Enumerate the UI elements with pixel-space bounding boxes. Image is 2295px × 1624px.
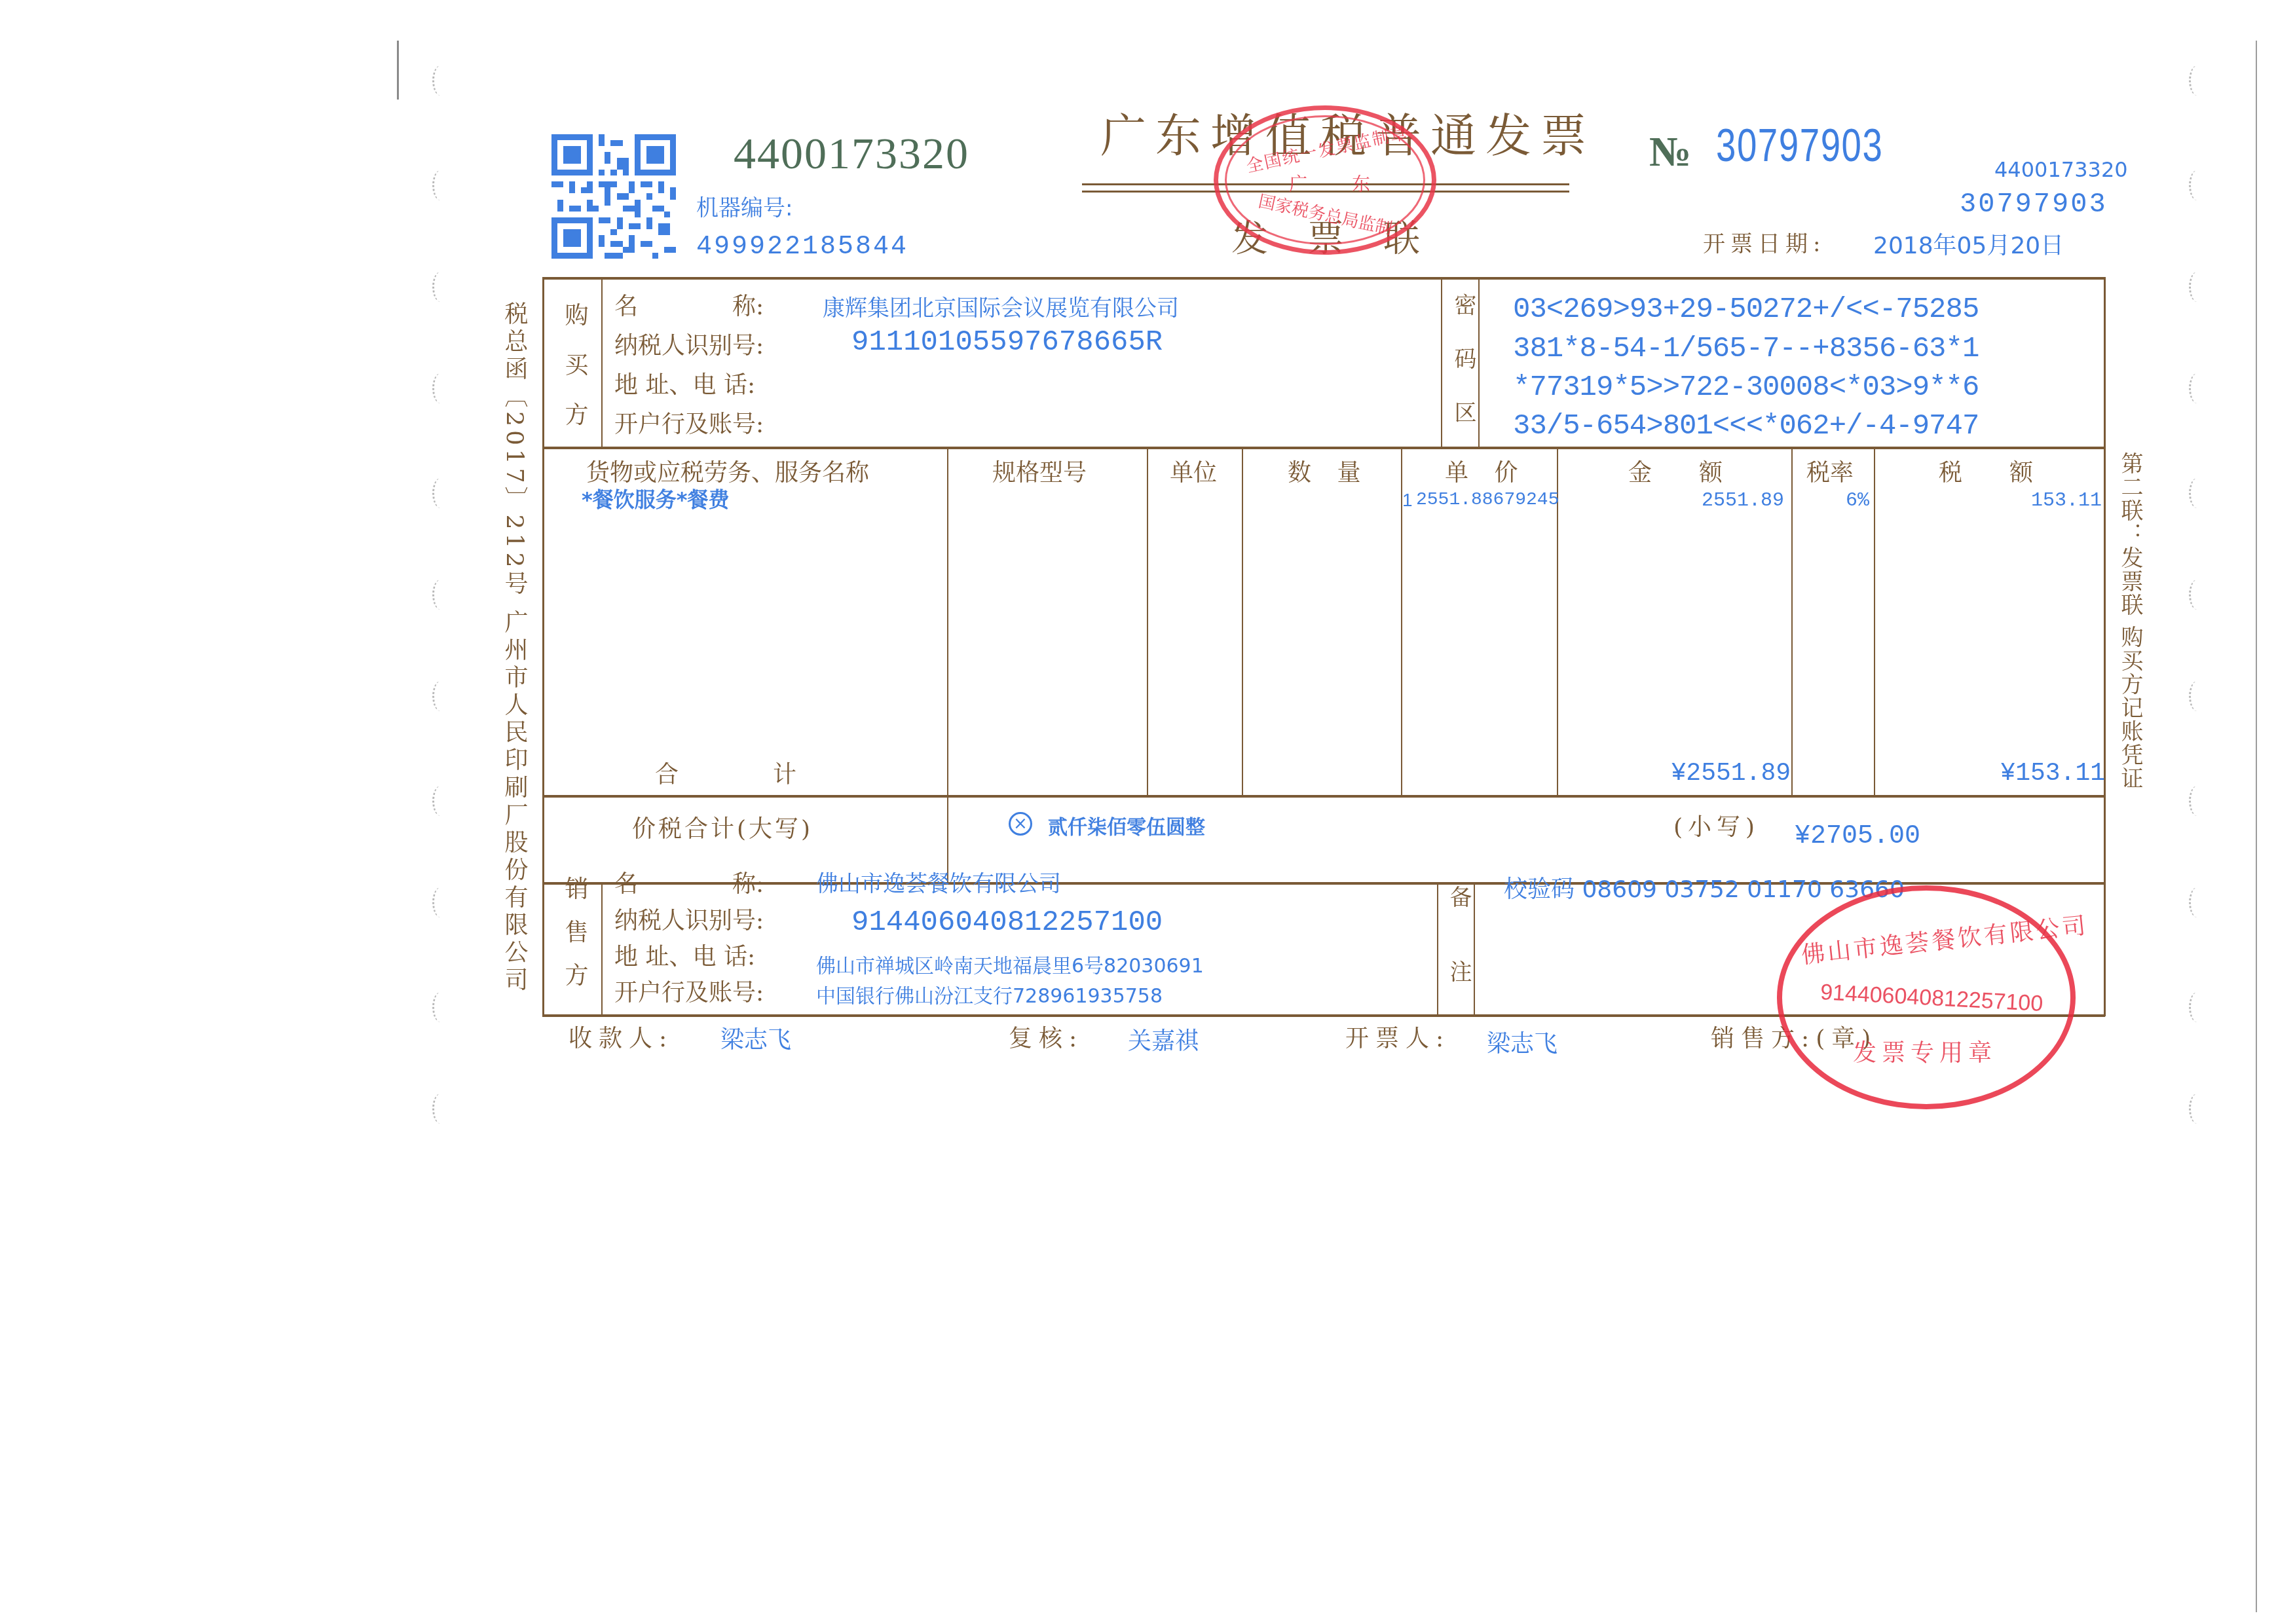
seller-seal-label: 销售方:(章) [1711,1020,1877,1054]
table-divider [601,277,603,448]
buyer-name-label: 名 称: [614,288,764,322]
perforation-mark [432,272,449,302]
perforation-mark [432,478,449,508]
perforation-mark [432,170,449,200]
col-header-price: 单 价 [1445,454,1527,488]
item-amount: 2551.89 [1702,490,1784,512]
invoice-number: 30797903 [1716,119,1883,172]
item-name: *餐饮服务*餐费 [582,483,729,513]
reviewer-name: 关嘉祺 [1128,1023,1199,1056]
grand-total-figures: ¥2705.00 [1795,822,1920,851]
circle-x-icon: × [1009,812,1032,836]
title-underline [1082,191,1569,193]
perforation-mark [432,887,449,917]
perforation-mark [2189,887,2205,917]
seller-section-label: 销售方 [558,876,591,1006]
seller-address: 佛山市禅城区岭南天地福晨里6号82030691 [816,950,1204,978]
grand-total-words: 贰仟柒佰零伍圆整 [1048,811,1205,840]
buyer-tax-id-label: 纳税人识别号: [614,327,764,361]
printer-info: 税总函〔2017〕212号 广州市人民印刷厂股份有限公司 [498,301,531,995]
table-divider [1437,883,1438,1016]
table-divider [1791,448,1793,796]
perforation-mark [2189,786,2205,816]
total-tax: ¥153.11 [2000,760,2105,788]
seller-name-label: 名 称: [614,866,764,899]
seller-tax-id: 914406040812257100 [851,906,1163,939]
col-header-rate: 税率 [1806,454,1854,488]
perforation-mark [2189,272,2205,302]
seller-bank-label: 开户行及账号: [614,974,764,1008]
table-divider [947,448,948,883]
invoice-code: 4400173320 [734,128,969,179]
buyer-bank-label: 开户行及账号: [614,406,764,439]
perforation-mark [2189,373,2205,403]
seller-tax-id-label: 纳税人识别号: [614,902,764,936]
right-edge-line [2256,41,2257,1612]
issue-date: 2018年05月20日 [1873,227,2064,261]
seller-name: 佛山市逸荟餐饮有限公司 [816,866,1061,898]
grand-total-label: 价税合计(大写) [632,811,813,844]
issuer-name: 梁志飞 [1487,1025,1558,1059]
perforation-mark [2189,992,2205,1022]
issuer-label: 开票人: [1345,1020,1450,1054]
cipher-line-4: 33/5-654>801<<<*062+/-4-9747 [1513,410,1979,443]
perforation-mark [432,580,449,610]
total-amount: ¥2551.89 [1671,760,1791,788]
table-divider [601,883,603,1016]
table-divider [1874,448,1875,796]
table-border [542,1014,2105,1017]
col-header-tax: 税 额 [1939,454,2033,488]
table-divider [1147,448,1148,796]
item-tax: 153.11 [2031,490,2102,512]
seller-bank: 中国银行佛山汾江支行728961935758 [816,980,1163,1008]
perforation-mark [432,373,449,403]
number-mark: № [1649,128,1691,176]
title-underline [1082,183,1569,185]
machine-number: 499922185844 [696,232,908,262]
perforation-mark [432,1094,449,1124]
perforation-mark [432,65,449,96]
left-edge-line [397,41,399,100]
buyer-address-label: 地 址、电 话: [614,367,755,400]
cipher-line-3: *77319*5>>722-30008<*03>9**6 [1513,371,1979,404]
col-header-qty: 数 量 [1288,454,1370,488]
perforation-mark [432,992,449,1022]
buyer-tax-id: 91110105597678665R [851,326,1163,359]
perforation-mark [2189,1094,2205,1124]
col-header-amount: 金 额 [1628,454,1723,488]
perforation-mark [432,786,449,816]
remarks-text: 校验码 08609 03752 01170 63660 [1504,871,1905,904]
qr-code [551,134,676,259]
seller-stamp-company: 佛山市逸荟餐饮有限公司 [1800,907,2090,970]
perforation-mark [2189,681,2205,711]
copy-name: 发票联 [1231,210,1459,262]
seller-invoice-stamp: 佛山市逸荟餐饮有限公司 914406040812257100 发票专用章 [1777,885,2076,1109]
table-divider [1242,448,1243,796]
table-border [542,277,544,1016]
remarks-section-label: 备注 [1443,885,1475,1035]
total-label: 合 计 [655,756,796,790]
payee-name: 梁志飞 [720,1022,791,1055]
machine-number-label: 机器编号: [696,190,793,222]
invoice-title: 广东增值税普通发票 [1100,100,1595,166]
col-header-spec: 规格型号 [992,454,1087,488]
cipher-section-label: 密码区 [1447,293,1480,454]
col-header-unit: 单位 [1170,454,1217,488]
item-price: 2551.88679245 [1416,490,1559,510]
cipher-line-1: 03<269>93+29-50272+/<<-75285 [1513,293,1979,326]
table-divider [542,447,2105,449]
buyer-name: 康辉集团北京国际会议展览有限公司 [823,290,1179,322]
copy-description: 第二联：发票联 购买方记账凭证 [2114,452,2146,790]
payee-label: 收款人: [569,1020,673,1054]
item-tax-rate: 6% [1846,490,1869,512]
perforation-mark [2189,580,2205,610]
perforation-mark [432,681,449,711]
reviewer-label: 复核: [1009,1020,1083,1054]
item-qty: 1 [1402,490,1413,511]
table-divider [542,795,2105,798]
invoice-code-small: 4400173320 [1994,157,2128,182]
table-border [542,277,2105,280]
seller-address-label: 地 址、电 话: [614,938,755,972]
seller-stamp-tax-id: 914406040812257100 [1819,980,2043,1017]
issue-date-label: 开票日期: [1703,226,1825,258]
buyer-section-label: 购买方 [558,303,591,452]
grand-total-small-label: (小写) [1673,809,1760,842]
table-border [2104,277,2106,1016]
table-divider [1441,277,1442,448]
cipher-line-2: 381*8-54-1/565-7--+8356-63*1 [1513,333,1979,365]
invoice-number-small: 30797903 [1960,189,2108,220]
perforation-mark [2189,478,2205,508]
perforation-mark [2189,170,2205,200]
perforation-mark [2189,65,2205,96]
